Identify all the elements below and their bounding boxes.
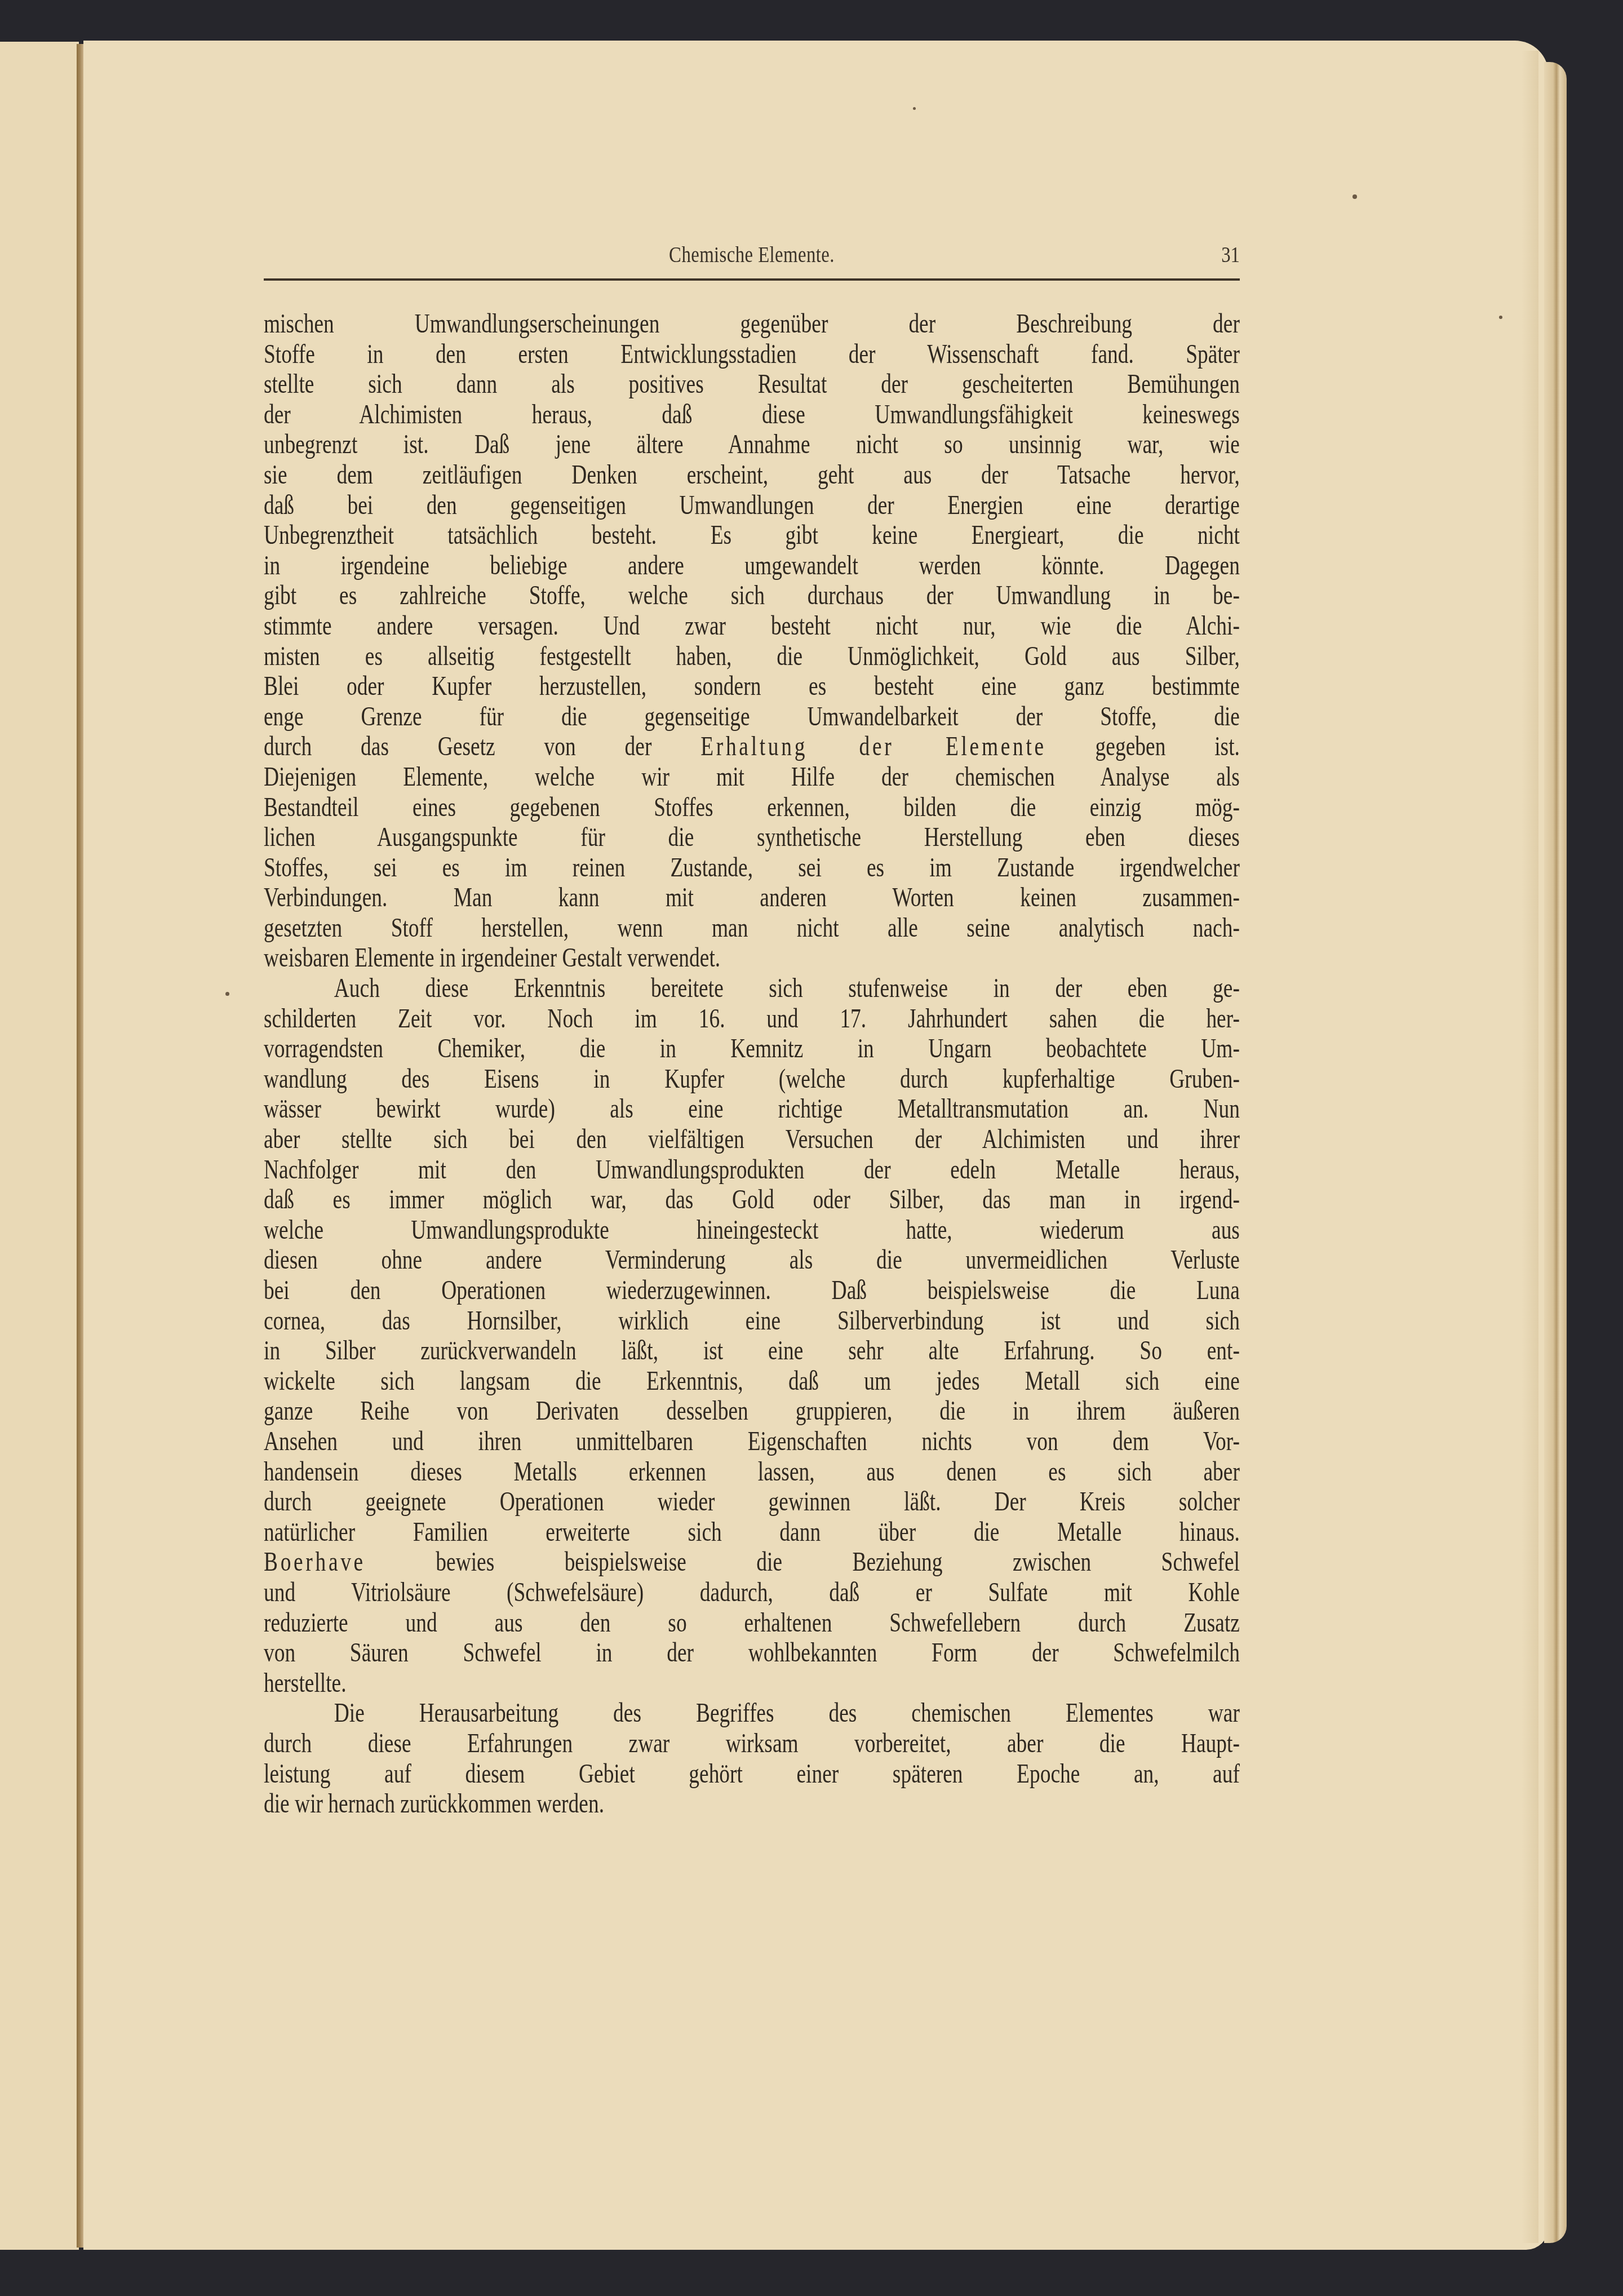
text-line: daß es immer möglich war, das Gold oder … — [264, 1185, 1240, 1215]
text-line: Stoffe in den ersten Entwicklungsstadien… — [264, 339, 1240, 370]
header-rule — [264, 278, 1240, 281]
text-line: Die Herausarbeitung des Begriffes des ch… — [264, 1698, 1240, 1728]
text-line: stellte sich dann als positives Resultat… — [264, 369, 1240, 400]
facing-page-edge — [0, 42, 79, 2250]
page-number: 31 — [1221, 241, 1240, 268]
text-line: diesen ohne andere Verminderung als die … — [264, 1245, 1240, 1275]
emphasized-phrase: Boerhave — [264, 1547, 366, 1577]
text-line: cornea, das Hornsilber, wirklich eine Si… — [264, 1306, 1240, 1336]
text-line: und Vitriolsäure (Schwefelsäure) dadurch… — [264, 1577, 1240, 1608]
text-line: in Silber zurückverwandeln läßt, ist ein… — [264, 1336, 1240, 1366]
text-line: lichen Ausgangspunkte für die synthetisc… — [264, 822, 1240, 853]
text-line: aber stellte sich bei den vielfältigen V… — [264, 1124, 1240, 1155]
text-line: gesetzten Stoff herstellen, wenn man nic… — [264, 913, 1240, 943]
text-line: Blei oder Kupfer herzustellen, sondern e… — [264, 671, 1240, 702]
paragraph: Auch diese Erkenntnis bereitete sich stu… — [264, 973, 1240, 1698]
text-line: leistung auf diesem Gebiet gehört einer … — [264, 1759, 1240, 1789]
text-line: vorragendsten Chemiker, die in Kemnitz i… — [264, 1034, 1240, 1064]
text-line: durch das Gesetz von der Erhaltung der E… — [264, 732, 1240, 762]
text-line: wandlung des Eisens in Kupfer (welche du… — [264, 1064, 1240, 1094]
text-line: stimmte andere versagen. Und zwar besteh… — [264, 611, 1240, 641]
text-line: Stoffes, sei es im reinen Zustande, sei … — [264, 853, 1240, 883]
page-stack-edge — [1544, 62, 1567, 2243]
text-line: Diejenigen Elemente, welche wir mit Hilf… — [264, 762, 1240, 792]
text-line: weisbaren Elemente in irgendeiner Gestal… — [264, 943, 1240, 973]
paper-speck — [225, 992, 229, 996]
text-line: handensein dieses Metalls erkennen lasse… — [264, 1457, 1240, 1487]
text-line: welche Umwandlungsprodukte hineingesteck… — [264, 1215, 1240, 1245]
paragraph: mischen Umwandlungserscheinungen gegenüb… — [264, 309, 1240, 973]
text-line: unbegrenzt ist. Daß jene ältere Annahme … — [264, 429, 1240, 460]
text-line: sie dem zeitläufigen Denken erscheint, g… — [264, 460, 1240, 490]
paper-speck — [1499, 316, 1502, 319]
paragraph: Die Herausarbeitung des Begriffes des ch… — [264, 1698, 1240, 1819]
text-line: enge Grenze für die gegenseitige Umwande… — [264, 702, 1240, 732]
text-line: Auch diese Erkenntnis bereitete sich stu… — [264, 973, 1240, 1004]
text-line: die wir hernach zurückkommen werden. — [264, 1789, 1240, 1819]
text-line: misten es allseitig festgestellt haben, … — [264, 641, 1240, 672]
text-line: daß bei den gegenseitigen Umwandlungen d… — [264, 490, 1240, 521]
text-line: Unbegrenztheit tatsächlich besteht. Es g… — [264, 520, 1240, 551]
text-line: durch geeignete Operationen wieder gewin… — [264, 1487, 1240, 1517]
running-head: Chemische Elemente. 31 — [264, 241, 1240, 269]
paper-speck — [913, 107, 916, 110]
text-line: Bestandteil eines gegebenen Stoffes erke… — [264, 792, 1240, 823]
text-line: durch diese Erfahrungen zwar wirksam vor… — [264, 1728, 1240, 1759]
text-line: Boerhave bewies beispielsweise die Bezie… — [264, 1547, 1240, 1577]
text-line: der Alchimisten heraus, daß diese Umwand… — [264, 400, 1240, 430]
text-line: Nachfolger mit den Umwandlungsprodukten … — [264, 1155, 1240, 1185]
text-line: Verbindungen. Man kann mit anderen Worte… — [264, 883, 1240, 913]
text-line: herstellte. — [264, 1668, 1240, 1699]
text-line: ganze Reihe von Derivaten desselben grup… — [264, 1396, 1240, 1426]
text-line: natürlicher Familien erweiterte sich dan… — [264, 1517, 1240, 1548]
text-line: von Säuren Schwefel in der wohlbekannten… — [264, 1638, 1240, 1668]
running-head-title: Chemische Elemente. — [352, 241, 1152, 268]
book-gutter — [77, 44, 83, 2248]
text-line: bei den Operationen wiederzugewinnen. Da… — [264, 1275, 1240, 1306]
text-line: mischen Umwandlungserscheinungen gegenüb… — [264, 309, 1240, 339]
text-line: in irgendeine beliebige andere umgewande… — [264, 551, 1240, 581]
text-line: gibt es zahlreiche Stoffe, welche sich d… — [264, 580, 1240, 611]
text-line: wässer bewirkt wurde) als eine richtige … — [264, 1094, 1240, 1124]
paper-speck — [1353, 194, 1357, 199]
body-text: mischen Umwandlungserscheinungen gegenüb… — [264, 309, 1240, 1819]
text-line: reduzierte und aus den so erhaltenen Sch… — [264, 1608, 1240, 1638]
page-stack-shadow — [1522, 51, 1538, 2243]
text-line: schilderten Zeit vor. Noch im 16. und 17… — [264, 1004, 1240, 1034]
text-line: wickelte sich langsam die Erkenntnis, da… — [264, 1366, 1240, 1397]
emphasized-phrase: Erhaltung der Elemente — [700, 732, 1046, 761]
text-line: Ansehen und ihren unmittelbaren Eigensch… — [264, 1426, 1240, 1457]
